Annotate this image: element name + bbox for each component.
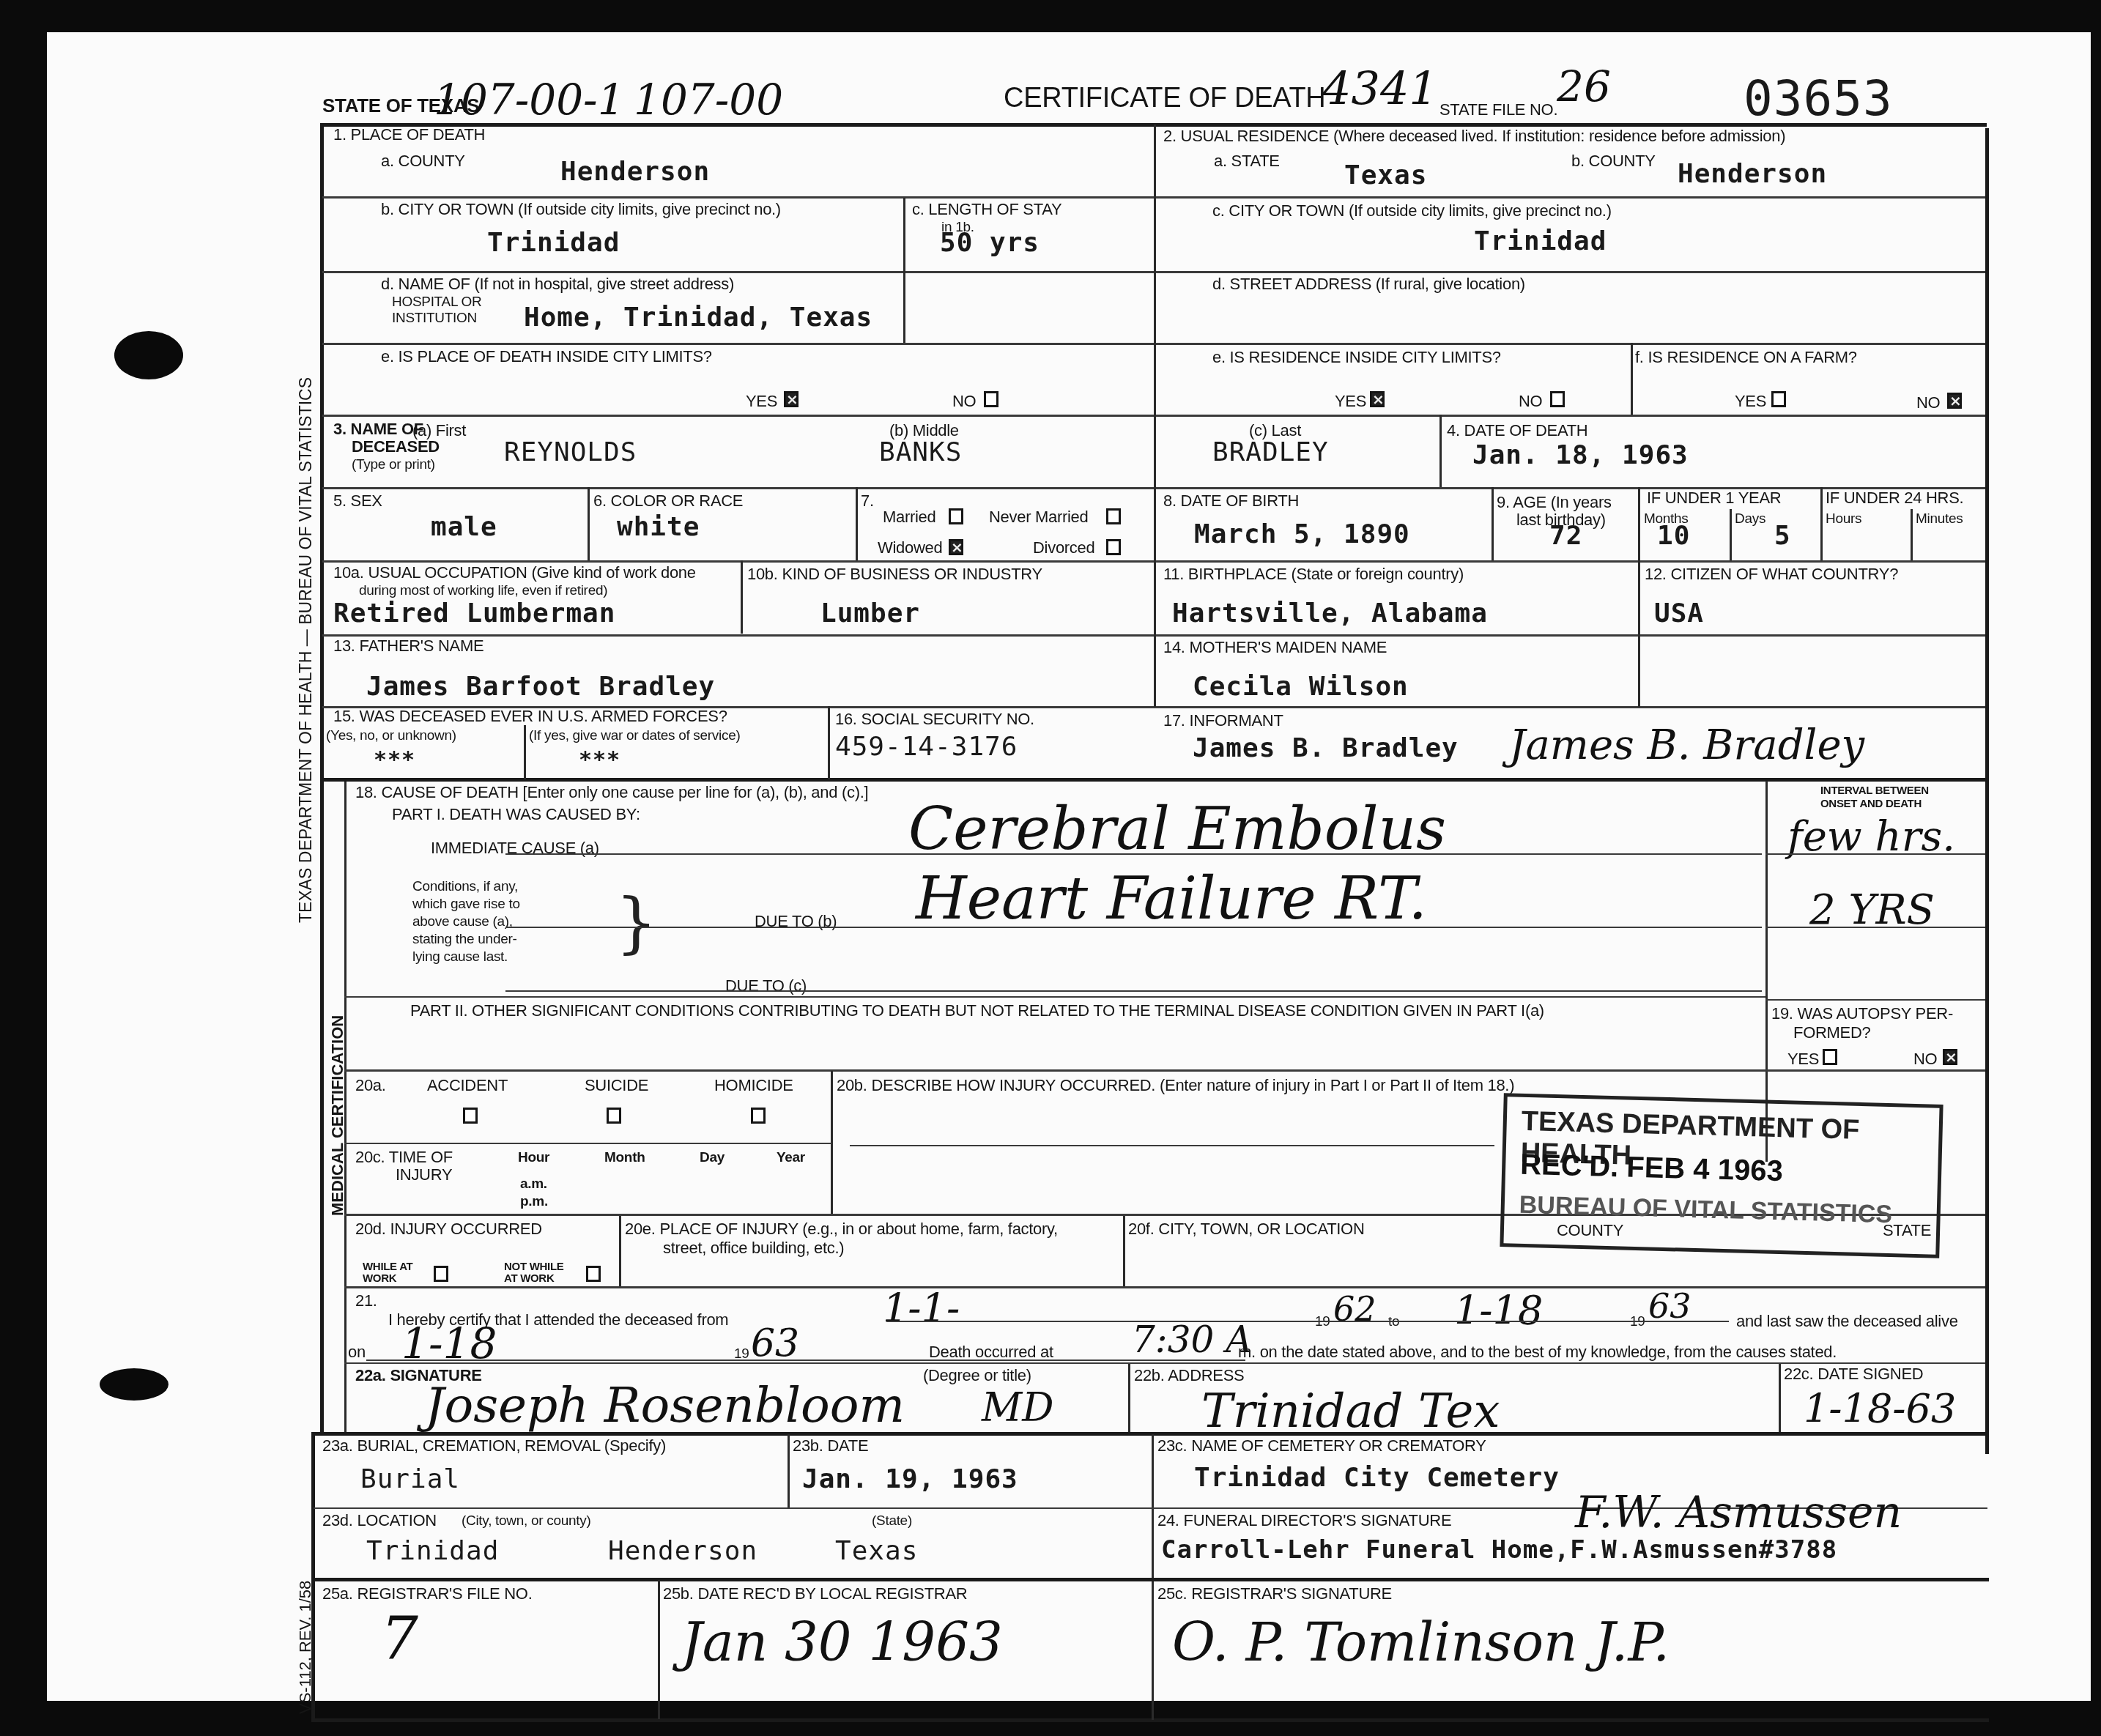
punch-hole-bottom bbox=[100, 1368, 168, 1401]
funeral-director-signature: F.W. Asmussen bbox=[1575, 1487, 1902, 1538]
autopsy-label-2: FORMED? bbox=[1793, 1024, 1870, 1042]
to-year-value: 63 bbox=[1648, 1286, 1691, 1326]
conditions-note-4: stating the under- bbox=[412, 932, 516, 947]
informant-label: 17. INFORMANT bbox=[1163, 712, 1283, 730]
due-to-b-value: Heart Failure RT. bbox=[916, 864, 1427, 932]
occupation-label-2: during most of working life, even if ret… bbox=[359, 583, 607, 598]
received-stamp: TEXAS DEPARTMENT OF HEALTH REC'D. FEB 4 … bbox=[1500, 1093, 1943, 1258]
year-label: Year bbox=[777, 1150, 805, 1165]
farm-no-checkbox[interactable]: × bbox=[1947, 393, 1962, 409]
death-yes-label: YES bbox=[746, 393, 777, 410]
registrar-file-label: 25a. REGISTRAR'S FILE NO. bbox=[322, 1585, 532, 1603]
immediate-cause-value: Cerebral Embolus bbox=[908, 795, 1446, 863]
inside-limits-label: e. IS PLACE OF DEATH INSIDE CITY LIMITS? bbox=[381, 348, 712, 366]
residence-county-label: b. COUNTY bbox=[1571, 152, 1656, 170]
interval-label-2: ONSET AND DEATH bbox=[1820, 798, 1922, 810]
citizen-label: 12. CITIZEN OF WHAT COUNTRY? bbox=[1645, 565, 1898, 583]
col-line-days bbox=[1730, 509, 1732, 560]
race-label: 6. COLOR OR RACE bbox=[593, 492, 743, 510]
never-married-checkbox[interactable] bbox=[1106, 508, 1121, 524]
cert-num-label: 21. bbox=[355, 1292, 377, 1310]
last-name-value: BRADLEY bbox=[1212, 438, 1329, 467]
residence-city-value: Trinidad bbox=[1474, 227, 1607, 256]
street-label: d. STREET ADDRESS (If rural, give locati… bbox=[1212, 275, 1525, 293]
stamp-line-3: BUREAU OF VITAL STATISTICS bbox=[1519, 1191, 1892, 1229]
residence-yes-label: YES bbox=[1335, 393, 1366, 410]
funeral-home-value: Carroll-Lehr Funeral Home,F.W.Asmussen#3… bbox=[1161, 1535, 1837, 1565]
burial-date-label: 23b. DATE bbox=[793, 1437, 868, 1455]
industry-value: Lumber bbox=[820, 599, 920, 628]
location-county-value: Henderson bbox=[608, 1537, 757, 1566]
institution-sub-label: INSTITUTION bbox=[392, 311, 477, 326]
occupation-value: Retired Lumberman bbox=[333, 599, 615, 628]
right-border bbox=[1985, 128, 1989, 1454]
minutes-label: Minutes bbox=[1916, 511, 1963, 527]
autopsy-yes-checkbox[interactable] bbox=[1823, 1049, 1837, 1065]
registrar-date-col-line bbox=[658, 1580, 660, 1719]
mother-label: 14. MOTHER'S MAIDEN NAME bbox=[1163, 639, 1387, 656]
not-while-at-work-label: NOT WHILE AT WORK bbox=[504, 1261, 570, 1285]
injury-20a-label: 20a. bbox=[355, 1077, 386, 1094]
farm-yes-checkbox[interactable] bbox=[1771, 391, 1786, 407]
residence-state-value: Texas bbox=[1344, 161, 1427, 190]
degree-label: (Degree or title) bbox=[923, 1367, 1031, 1384]
while-at-work-label: WHILE AT WORK bbox=[363, 1261, 414, 1285]
first-name-label: (a) First bbox=[412, 422, 466, 439]
date-signed-label: 22c. DATE SIGNED bbox=[1784, 1365, 1923, 1383]
funeral-label: 24. FUNERAL DIRECTOR'S SIGNATURE bbox=[1157, 1512, 1451, 1529]
autopsy-line bbox=[1765, 999, 1985, 1001]
conditions-note-2: which gave rise to bbox=[412, 897, 520, 912]
left-border-lower bbox=[311, 1432, 315, 1721]
cert-sig-top-line bbox=[344, 1362, 1985, 1364]
hours-label: Hours bbox=[1826, 511, 1861, 527]
conditions-note-1: Conditions, if any, bbox=[412, 879, 518, 894]
farm-label: f. IS RESIDENCE ON A FARM? bbox=[1635, 349, 1857, 366]
burial-date-col-line bbox=[788, 1434, 790, 1507]
residence-state-label: a. STATE bbox=[1214, 152, 1280, 170]
col-line-center bbox=[1154, 125, 1156, 487]
middle-name-value: BANKS bbox=[879, 438, 962, 467]
to-date-value: 1-18 bbox=[1454, 1288, 1543, 1334]
residence-limits-label: e. IS RESIDENCE INSIDE CITY LIMITS? bbox=[1212, 349, 1501, 366]
ssn-value: 459-14-3176 bbox=[835, 732, 1018, 762]
residence-label: 2. USUAL RESIDENCE (Where deceased lived… bbox=[1163, 127, 1785, 145]
place-injury-label-2: street, office building, etc.) bbox=[663, 1239, 844, 1257]
age-value: 72 bbox=[1549, 522, 1582, 551]
race-value: white bbox=[617, 513, 700, 542]
registrar-file-value: 7 bbox=[381, 1604, 418, 1672]
disposition-top-line bbox=[311, 1432, 1989, 1436]
injury-occurred-label: 20d. INJURY OCCURRED bbox=[355, 1220, 542, 1238]
registrar-signature: O. P. Tomlinson J.P. bbox=[1172, 1611, 1670, 1673]
armed-sub-2-label: (If yes, give war or dates of service) bbox=[529, 728, 740, 743]
interval-label-1: INTERVAL BETWEEN bbox=[1820, 785, 1929, 797]
sex-value: male bbox=[431, 513, 497, 542]
stay-label: c. LENGTH OF STAY bbox=[912, 201, 1061, 218]
location-label: 23d. LOCATION bbox=[322, 1512, 437, 1529]
on-year-value: 63 bbox=[751, 1321, 799, 1365]
mother-value: Cecila Wilson bbox=[1193, 672, 1409, 702]
autopsy-no-checkbox[interactable]: × bbox=[1943, 1049, 1957, 1065]
pm-label: p.m. bbox=[520, 1194, 548, 1209]
burial-label: 23a. BURIAL, CREMATION, REMOVAL (Specify… bbox=[322, 1437, 666, 1455]
suicide-label: SUICIDE bbox=[585, 1077, 648, 1094]
accident-label: ACCIDENT bbox=[427, 1077, 508, 1094]
handwritten-file: 26 bbox=[1557, 62, 1611, 111]
widowed-label: Widowed bbox=[878, 539, 942, 557]
hour-label: Hour bbox=[518, 1150, 549, 1165]
handwritten-code-1: 107-00-1 bbox=[434, 75, 625, 125]
month-label: Month bbox=[604, 1150, 645, 1165]
armed-value-2: *** bbox=[579, 746, 620, 775]
cemetery-value: Trinidad City Cemetery bbox=[1194, 1464, 1560, 1493]
death-city-value: Trinidad bbox=[487, 229, 620, 258]
stay-value: 50 yrs bbox=[940, 229, 1040, 258]
farm-no-label: NO bbox=[1916, 394, 1940, 412]
registrar-date-label: 25b. DATE REC'D BY LOCAL REGISTRAR bbox=[663, 1585, 967, 1603]
col-line-dob bbox=[1154, 487, 1156, 707]
while-at-work-checkbox[interactable] bbox=[434, 1266, 448, 1282]
injury-city-label: 20f. CITY, TOWN, OR LOCATION bbox=[1128, 1220, 1364, 1238]
describe-injury-label: 20b. DESCRIBE HOW INJURY OCCURRED. (Ente… bbox=[837, 1077, 1514, 1094]
due-to-c-label: DUE TO (c) bbox=[725, 977, 807, 995]
date-of-death-value: Jan. 18, 1963 bbox=[1472, 441, 1689, 470]
sex-label: 5. SEX bbox=[333, 492, 382, 510]
birthplace-value: Hartsville, Alabama bbox=[1172, 599, 1488, 628]
location-sub-1: (City, town, or county) bbox=[462, 1513, 590, 1529]
interval-b-line bbox=[1765, 927, 1985, 928]
under-24-label: IF UNDER 24 HRS. bbox=[1826, 489, 1963, 507]
part2-label: PART II. OTHER SIGNIFICANT CONDITIONS CO… bbox=[410, 1002, 1544, 1020]
due-to-c-line bbox=[505, 990, 1762, 992]
col-line-minutes bbox=[1911, 509, 1913, 560]
place-injury-label-1: 20e. PLACE OF INJURY (e.g., in or about … bbox=[625, 1220, 1058, 1238]
dob-label: 8. DATE OF BIRTH bbox=[1163, 492, 1299, 510]
bottom-border bbox=[311, 1718, 1989, 1722]
col-line-under24 bbox=[1820, 487, 1823, 560]
residence-inside-limits-yes-checkbox[interactable]: × bbox=[1370, 391, 1385, 407]
part1-label: PART I. DEATH WAS CAUSED BY: bbox=[392, 806, 640, 823]
col-line-under1 bbox=[1638, 487, 1640, 707]
stamp-line-2: REC'D. FEB 4 1963 bbox=[1520, 1149, 1784, 1188]
days-value: 5 bbox=[1774, 522, 1791, 551]
burial-value: Burial bbox=[360, 1465, 460, 1494]
col-line-stay bbox=[903, 198, 905, 343]
punch-hole-top bbox=[114, 331, 183, 379]
brace-icon: } bbox=[615, 886, 657, 960]
handwritten-code-2: 107-00 bbox=[634, 75, 783, 125]
address-label: 22b. ADDRESS bbox=[1134, 1367, 1244, 1384]
handwritten-number: 4341 bbox=[1322, 62, 1438, 115]
cemetery-col-line bbox=[1152, 1434, 1154, 1720]
death-county-value: Henderson bbox=[560, 157, 710, 187]
citizen-value: USA bbox=[1654, 599, 1704, 628]
cert-text-3: m. on the date stated above, and to the … bbox=[1238, 1343, 1837, 1361]
registrar-signature-label: 25c. REGISTRAR'S SIGNATURE bbox=[1157, 1585, 1392, 1603]
name-label-1: 3. NAME OF bbox=[333, 420, 423, 438]
injury-top-line bbox=[344, 1069, 1985, 1072]
col-line-farm bbox=[1631, 343, 1633, 415]
age-label-1: 9. AGE (In years bbox=[1497, 494, 1612, 511]
city-label: b. CITY OR TOWN (If outside city limits,… bbox=[381, 201, 781, 218]
hospital-label: HOSPITAL OR bbox=[392, 294, 481, 310]
day-label: Day bbox=[700, 1150, 725, 1165]
never-married-label: Never Married bbox=[989, 508, 1088, 526]
am-label: a.m. bbox=[520, 1176, 547, 1192]
institution-label: d. NAME OF (If not in hospital, give str… bbox=[381, 275, 734, 293]
homicide-checkbox[interactable] bbox=[751, 1108, 766, 1124]
name-label-3: (Type or print) bbox=[352, 457, 435, 472]
dob-value: March 5, 1890 bbox=[1194, 520, 1410, 549]
cause-label: 18. CAUSE OF DEATH [Enter only one cause… bbox=[355, 784, 868, 801]
cert-line-1 bbox=[886, 1321, 1729, 1322]
marital-label: 7. bbox=[861, 492, 874, 510]
birthplace-label: 11. BIRTHPLACE (State or foreign country… bbox=[1163, 565, 1464, 583]
farm-yes-label: YES bbox=[1735, 393, 1766, 410]
conditions-note-3: above cause (a), bbox=[412, 914, 513, 930]
col-line-dod bbox=[1439, 415, 1442, 487]
cert-line-2 bbox=[366, 1360, 1245, 1361]
occupation-label-1: 10a. USUAL OCCUPATION (Give kind of work… bbox=[333, 564, 696, 582]
death-time-value: 7:30 A bbox=[1132, 1318, 1252, 1361]
describe-line bbox=[850, 1145, 1494, 1146]
injury-city-col-line bbox=[1123, 1216, 1125, 1286]
registrar-date-value: Jan 30 1963 bbox=[681, 1611, 1003, 1673]
cemetery-label: 23c. NAME OF CEMETERY OR CREMATORY bbox=[1157, 1437, 1486, 1455]
county-label: a. COUNTY bbox=[381, 152, 465, 170]
informant-signature: James B. Bradley bbox=[1509, 722, 1864, 769]
months-value: 10 bbox=[1657, 522, 1690, 551]
time-injury-label-2: INJURY bbox=[396, 1166, 452, 1184]
place-injury-col-line bbox=[619, 1216, 621, 1286]
burial-date-value: Jan. 19, 1963 bbox=[802, 1465, 1018, 1494]
location-city-value: Trinidad bbox=[366, 1537, 499, 1566]
armed-value-1: *** bbox=[374, 746, 415, 775]
autopsy-label-1: 19. WAS AUTOPSY PER- bbox=[1771, 1005, 1953, 1023]
ssn-label: 16. SOCIAL SECURITY NO. bbox=[835, 711, 1034, 728]
on-label: on bbox=[348, 1343, 366, 1361]
divorced-label: Divorced bbox=[1033, 539, 1094, 557]
col-line-industry bbox=[741, 560, 743, 634]
residence-no-label: NO bbox=[1519, 393, 1542, 410]
physician-degree: MD bbox=[982, 1384, 1054, 1431]
interval-a-line bbox=[1765, 853, 1985, 855]
married-label: Married bbox=[883, 508, 935, 526]
physician-address: Trinidad Tex bbox=[1201, 1384, 1500, 1439]
armed-sub-1-label: (Yes, no, or unknown) bbox=[326, 728, 456, 743]
autopsy-yes-label: YES bbox=[1787, 1050, 1819, 1068]
location-state-value: Texas bbox=[835, 1537, 918, 1566]
cert-top-line bbox=[344, 1286, 1985, 1288]
registrar-top-line bbox=[311, 1578, 1989, 1581]
residence-city-label: c. CITY OR TOWN (If outside city limits,… bbox=[1212, 202, 1612, 220]
col-line-ssn bbox=[828, 706, 830, 779]
name-label-2: DECEASED bbox=[352, 438, 440, 456]
first-name-value: REYNOLDS bbox=[504, 438, 637, 467]
not-while-at-work-checkbox[interactable] bbox=[586, 1266, 601, 1282]
widowed-checkbox[interactable]: × bbox=[949, 539, 963, 555]
place-of-death-label: 1. PLACE OF DEATH bbox=[333, 126, 485, 144]
certificate-number: 03653 bbox=[1744, 73, 1893, 125]
death-occurred-label: Death occurred at bbox=[929, 1343, 1053, 1361]
death-inside-limits-yes-checkbox[interactable]: × bbox=[784, 391, 798, 407]
institution-value: Home, Trinidad, Texas bbox=[524, 303, 872, 333]
injury-mid-line bbox=[344, 1143, 831, 1144]
conditions-note-5: lying cause last. bbox=[412, 949, 508, 965]
death-no-label: NO bbox=[952, 393, 976, 410]
certificate-title: CERTIFICATE OF DEATH bbox=[1004, 84, 1325, 113]
father-label: 13. FATHER'S NAME bbox=[333, 637, 483, 655]
department-side-label: TEXAS DEPARTMENT OF HEALTH — BUREAU OF V… bbox=[296, 377, 316, 923]
residence-county-value: Henderson bbox=[1678, 160, 1827, 189]
location-sub-2: (State) bbox=[872, 1513, 912, 1529]
from-date-value: 1-1- bbox=[883, 1286, 960, 1332]
col-line-age bbox=[1492, 487, 1494, 560]
date-of-death-label: 4. DATE OF DEATH bbox=[1447, 422, 1587, 439]
armed-forces-label: 15. WAS DECEASED EVER IN U.S. ARMED FORC… bbox=[333, 708, 727, 725]
row-line-9 bbox=[322, 778, 1985, 782]
autopsy-no-label: NO bbox=[1913, 1050, 1937, 1068]
suicide-checkbox[interactable] bbox=[607, 1108, 621, 1124]
accident-checkbox[interactable] bbox=[463, 1108, 478, 1124]
residence-inside-limits-no-checkbox[interactable] bbox=[1550, 391, 1565, 407]
col-line-armed bbox=[524, 725, 526, 779]
cert-text-2: and last saw the deceased alive bbox=[1736, 1313, 1958, 1330]
death-inside-limits-no-checkbox[interactable] bbox=[984, 391, 998, 407]
married-checkbox[interactable] bbox=[949, 508, 963, 524]
homicide-label: HOMICIDE bbox=[714, 1077, 793, 1094]
date-signed-value: 1-18-63 bbox=[1804, 1386, 1956, 1432]
divorced-checkbox[interactable] bbox=[1106, 539, 1121, 555]
physician-signature: Joseph Rosenbloom bbox=[425, 1377, 905, 1433]
date-signed-col-line bbox=[1779, 1364, 1781, 1433]
days-label: Days bbox=[1735, 511, 1765, 527]
informant-value: James B. Bradley bbox=[1193, 734, 1459, 763]
under-year-label: IF UNDER 1 YEAR bbox=[1647, 489, 1781, 507]
father-value: James Barfoot Bradley bbox=[366, 672, 715, 702]
medical-inner-border bbox=[344, 781, 347, 1433]
from-year-value: 62 bbox=[1333, 1289, 1376, 1329]
sig-col-line bbox=[1128, 1364, 1130, 1433]
part2-line bbox=[344, 996, 1765, 998]
col-line-race bbox=[588, 487, 590, 560]
state-file-label: STATE FILE NO. bbox=[1439, 101, 1557, 119]
time-injury-label-1: 20c. TIME OF bbox=[355, 1149, 453, 1166]
col-line-marital bbox=[856, 487, 858, 560]
industry-label: 10b. KIND OF BUSINESS OR INDUSTRY bbox=[747, 565, 1042, 583]
